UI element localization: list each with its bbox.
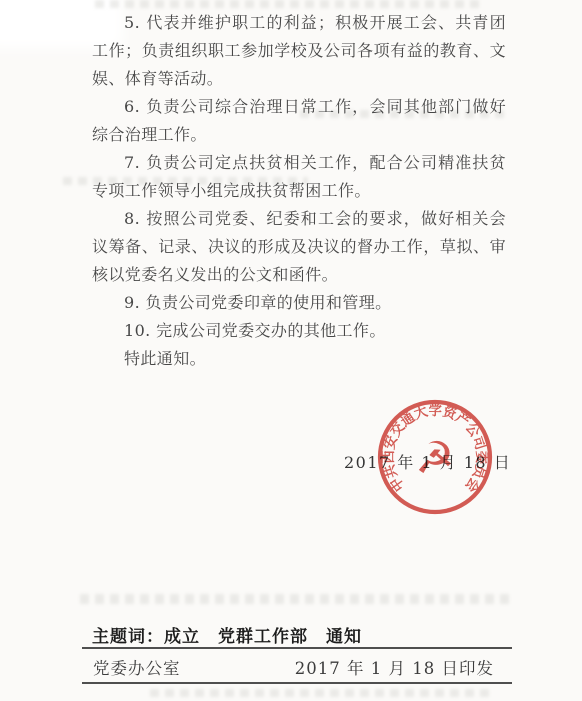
issuer-row: 党委办公室 2017 年 1 月 18 日印发: [82, 655, 512, 679]
body-paragraph: 9. 负责公司党委印章的使用和管理。: [92, 289, 506, 317]
issuing-office: 党委办公室: [93, 655, 181, 679]
subject-keywords-row: 主题词：成立 党群工作部 通知: [92, 622, 512, 647]
print-date: 2017 年 1 月 18 日印发: [295, 655, 494, 679]
body-paragraph: 7. 负责公司定点扶贫相关工作，配合公司精准扶贫专项工作领导小组完成扶贫帮困工作…: [92, 149, 506, 205]
hammer-sickle-icon: ☭: [415, 433, 454, 484]
subject-label: 主题词：: [92, 627, 164, 647]
show-through-artifact: [150, 689, 490, 697]
body-paragraph: 5. 代表并维护职工的利益；积极开展工会、共青团工作；负责组织职工参加学校及公司…: [92, 9, 506, 93]
show-through-artifact: [80, 594, 515, 604]
show-through-artifact: [95, 0, 485, 8]
subject-terms: 成立 党群工作部 通知: [164, 627, 362, 647]
scanned-notice-page: 5. 代表并维护职工的利益；积极开展工会、共青团工作；负责组织职工参加学校及公司…: [0, 0, 582, 701]
body-paragraph: 10. 完成公司党委交办的其他工作。: [92, 317, 506, 345]
footer-divider-bottom: [82, 682, 512, 684]
closing-phrase: 特此通知。: [92, 345, 506, 373]
footer-divider-top: [82, 647, 512, 649]
body-paragraph: 8. 按照公司党委、纪委和工会的要求，做好相关会议筹备、记录、决议的形成及决议的…: [92, 205, 506, 289]
official-red-seal: 中共西安交通大学资产公司委员会 ☭: [374, 396, 496, 518]
body-paragraph: 6. 负责公司综合治理日常工作，会同其他部门做好综合治理工作。: [92, 93, 506, 149]
notice-body: 5. 代表并维护职工的利益；积极开展工会、共青团工作；负责组织职工参加学校及公司…: [92, 9, 506, 373]
